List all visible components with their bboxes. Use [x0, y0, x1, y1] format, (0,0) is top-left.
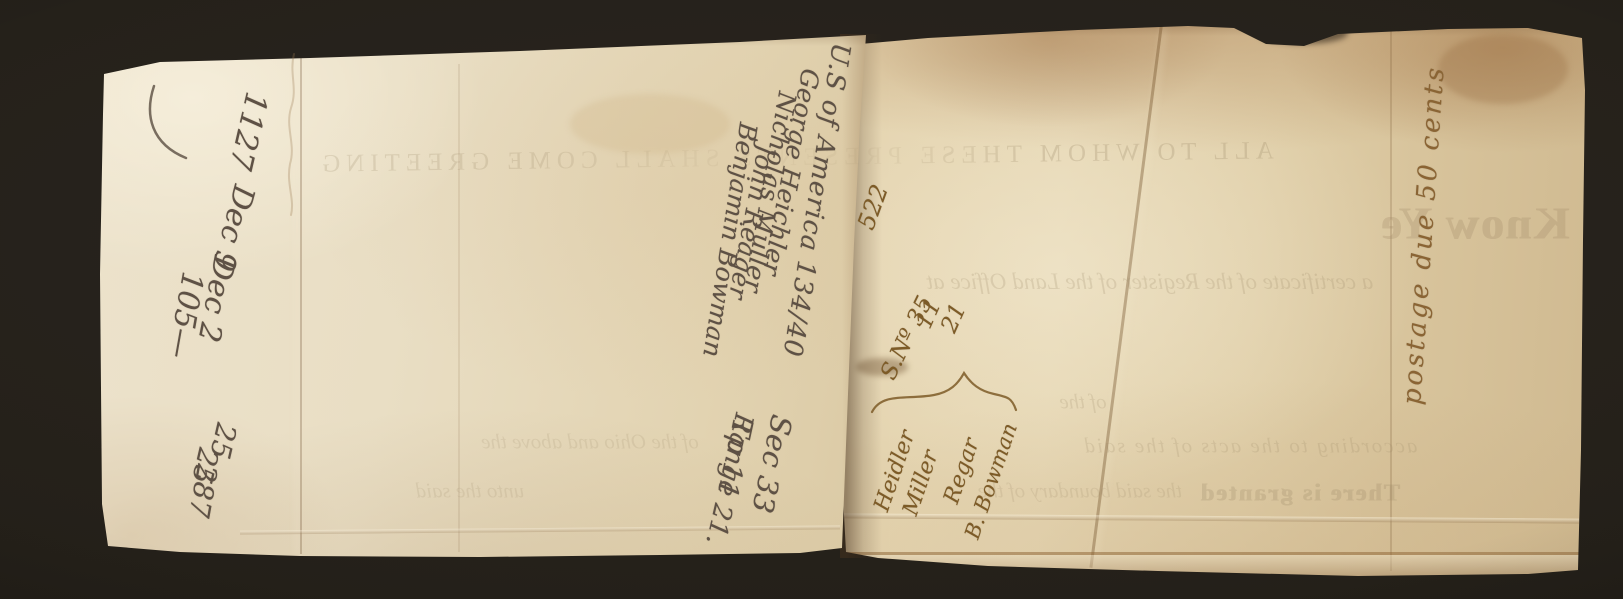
faint-marginalia-script — [280, 52, 310, 217]
pencil-stroke-mark — [144, 82, 194, 166]
ink-brace — [868, 366, 1020, 418]
bleedthrough-granted: There is granted — [1200, 481, 1401, 508]
bleedthrough-boundary-line: the said boundary of the — [978, 479, 1182, 504]
bleedthrough-of-the: of the — [1059, 390, 1106, 415]
bleedthrough-ohio-line: of the Ohio and above the — [481, 430, 699, 455]
bleedthrough-acts-line: according to the acts of the said — [1083, 434, 1418, 459]
bleedthrough-unto-line: unto the said — [416, 479, 525, 504]
bottom-crease-left-leaf — [240, 525, 840, 534]
edge-notch-shadow — [1258, 22, 1348, 44]
top-edge-shading — [838, 20, 1585, 36]
bleedthrough-register-line: a certificate of the Register of the Lan… — [927, 269, 1374, 295]
bottom-underfold-strip — [842, 555, 1580, 576]
stain-top-right — [1438, 34, 1568, 104]
fold-crease-horizontal — [844, 513, 1579, 523]
photograph-scene: ALL TO WHOM THESE PRESENTS SHALL COME GR… — [0, 0, 1623, 599]
top-edge-shading-left-leaf — [100, 34, 866, 46]
